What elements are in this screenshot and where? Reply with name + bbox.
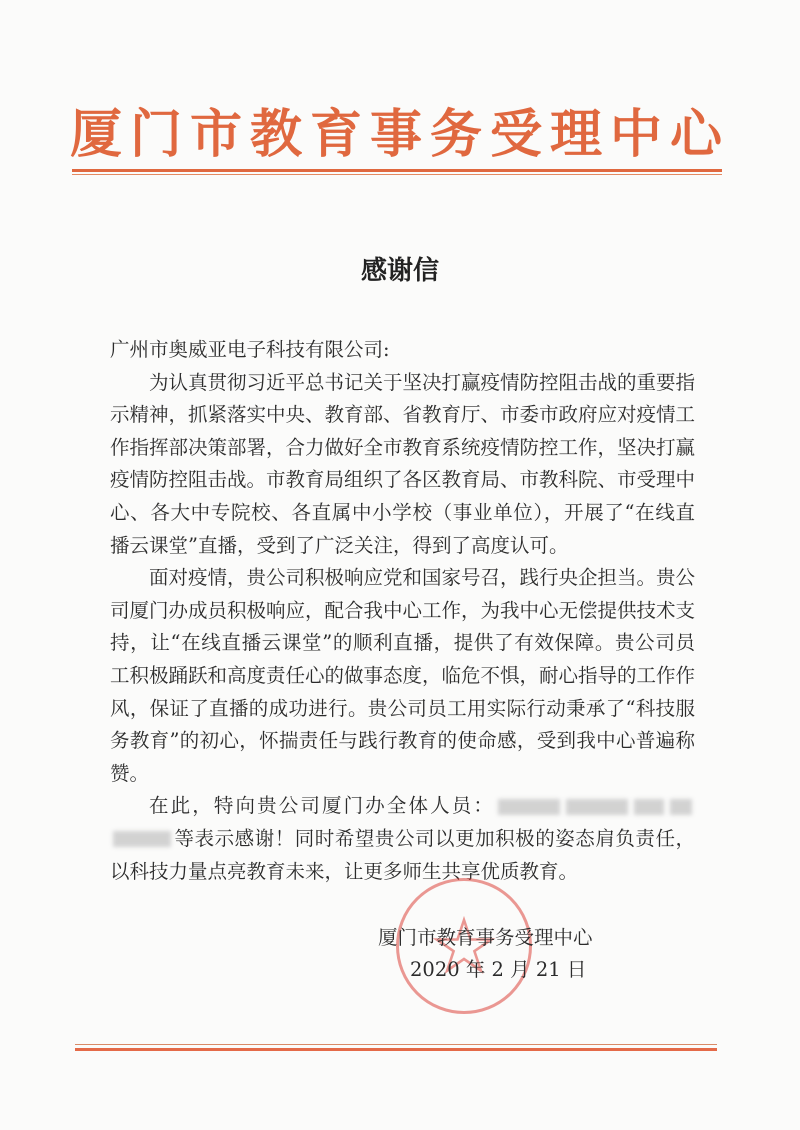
divider-thick-line [72, 169, 722, 172]
letterhead-divider [72, 169, 722, 175]
redacted-name [113, 831, 171, 847]
divider-thin-line [75, 1044, 717, 1045]
divider-thin-line [72, 174, 722, 175]
letter-body: 广州市奥威亚电子科技有限公司: 为认真贯彻习近平总书记关于坚决打赢疫情防控阻击战… [110, 334, 695, 888]
signature-block: 厦门市教育事务受理中心 2020 年 2 月 21 日 [378, 922, 593, 986]
redacted-name [670, 799, 692, 815]
signature-org: 厦门市教育事务受理中心 [378, 922, 593, 954]
signature-date: 2020 年 2 月 21 日 [378, 954, 593, 986]
footer-divider [75, 1044, 717, 1051]
redacted-name [566, 799, 628, 815]
redacted-name [634, 799, 664, 815]
redacted-name [498, 799, 560, 815]
paragraph-2: 面对疫情，贵公司积极响应党和国家号召，践行央企担当。贵公司厦门办成员积极响应，配… [110, 562, 695, 790]
letterhead-org-name: 厦门市教育事务受理中心 [0, 92, 800, 167]
divider-thick-line [75, 1048, 717, 1051]
paragraph-1: 为认真贯彻习近平总书记关于坚决打赢疫情防控阻击战的重要指示精神，抓紧落实中央、教… [110, 367, 695, 563]
closing-prefix: 在此，特向贵公司厦门办全体人员： [149, 794, 495, 817]
salutation: 广州市奥威亚电子科技有限公司: [110, 334, 695, 367]
paragraph-closing: 在此，特向贵公司厦门办全体人员：等表示感谢！同时希望贵公司以更加积极的姿态肩负责… [110, 790, 695, 888]
letter-title: 感谢信 [0, 250, 800, 287]
closing-suffix: 等表示感谢！同时希望贵公司以更加积极的姿态肩负责任，以科技力量点亮教育未来，让更… [110, 827, 695, 883]
